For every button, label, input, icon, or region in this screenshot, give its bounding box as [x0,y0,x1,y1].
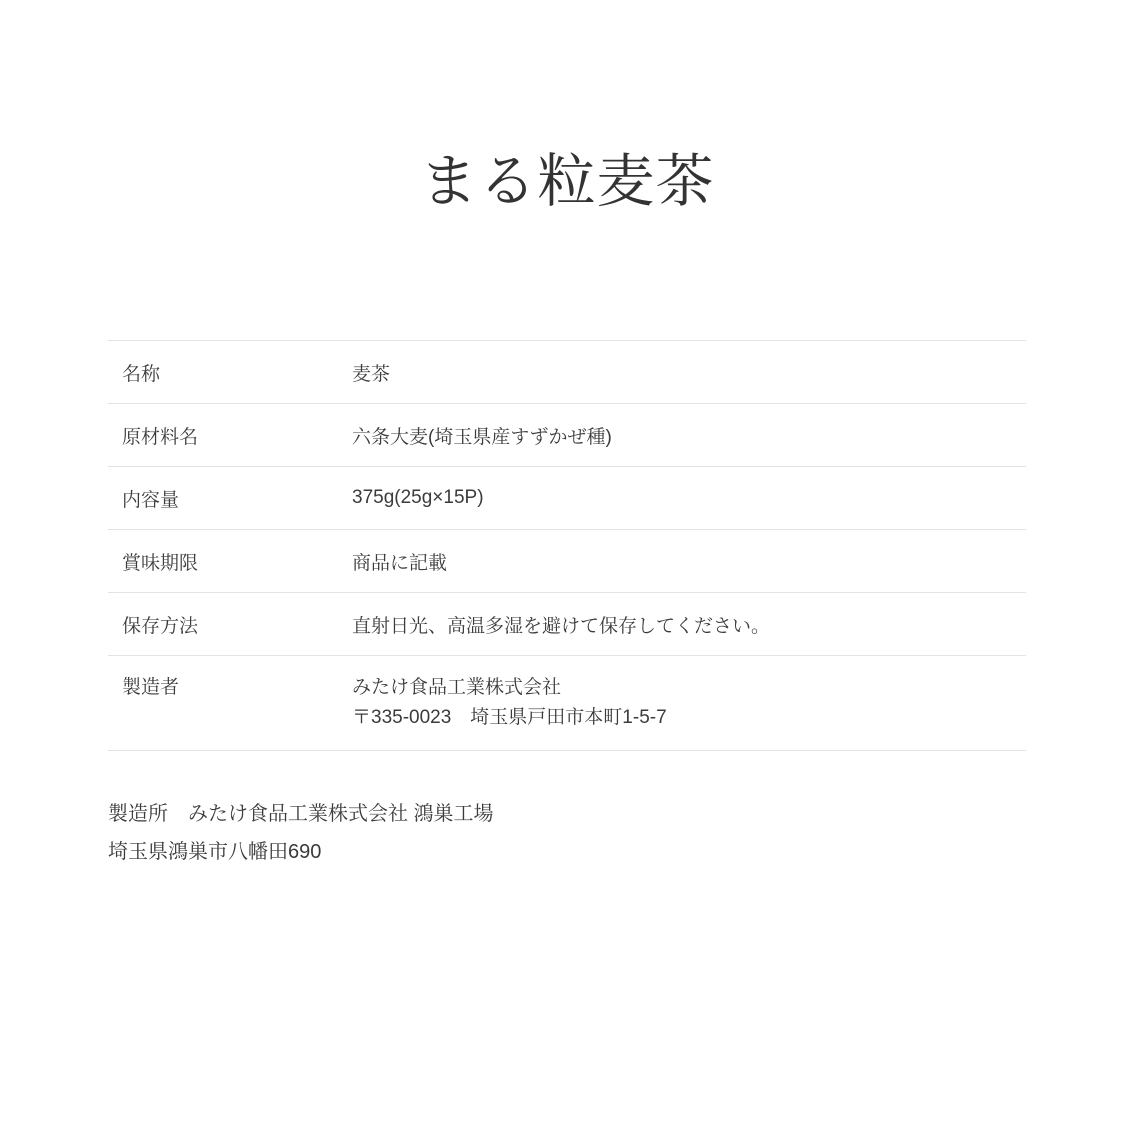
row-value-line: 六条大麦(埼玉県産すずかぜ種) [352,422,1026,449]
row-value: 直射日光、高温多湿を避けて保存してください。 [352,611,1026,638]
row-value-line: 375g(25g×15P) [352,487,1026,509]
row-value-line: 〒335-0023 埼玉県戸田市本町1-5-7 [352,703,1026,733]
table-row: 賞味期限商品に記載 [108,530,1026,593]
manufacturing-site-line-1: 製造所 みたけ食品工業株式会社 鴻巣工場 [108,795,1026,833]
row-value-line: 商品に記載 [352,548,1026,575]
row-value: 商品に記載 [352,548,1026,575]
row-value: 麦茶 [352,359,1026,386]
row-value-line: みたけ食品工業株式会社 [352,673,1026,703]
table-row: 保存方法直射日光、高温多湿を避けて保存してください。 [108,593,1026,656]
table-row: 製造者みたけ食品工業株式会社〒335-0023 埼玉県戸田市本町1-5-7 [108,656,1026,751]
table-row: 名称麦茶 [108,341,1026,404]
row-label: 内容量 [108,485,352,512]
row-label: 保存方法 [108,611,352,638]
row-label: 製造者 [108,673,352,703]
row-value: みたけ食品工業株式会社〒335-0023 埼玉県戸田市本町1-5-7 [352,673,1026,733]
row-value-line: 麦茶 [352,359,1026,386]
row-label: 名称 [108,359,352,386]
table-row: 原材料名六条大麦(埼玉県産すずかぜ種) [108,404,1026,467]
row-label: 賞味期限 [108,548,352,575]
row-value: 六条大麦(埼玉県産すずかぜ種) [352,422,1026,449]
product-info-section: 名称麦茶原材料名六条大麦(埼玉県産すずかぜ種)内容量375g(25g×15P)賞… [108,340,1026,871]
page-title: まる粒麦茶 [0,0,1134,214]
manufacturing-site-line-2: 埼玉県鴻巣市八幡田690 [108,833,1026,871]
manufacturing-site-note: 製造所 みたけ食品工業株式会社 鴻巣工場 埼玉県鴻巣市八幡田690 [108,795,1026,871]
product-info-table: 名称麦茶原材料名六条大麦(埼玉県産すずかぜ種)内容量375g(25g×15P)賞… [108,340,1026,751]
row-label: 原材料名 [108,422,352,449]
row-value: 375g(25g×15P) [352,487,1026,509]
table-row: 内容量375g(25g×15P) [108,467,1026,530]
row-value-line: 直射日光、高温多湿を避けて保存してください。 [352,611,1026,638]
